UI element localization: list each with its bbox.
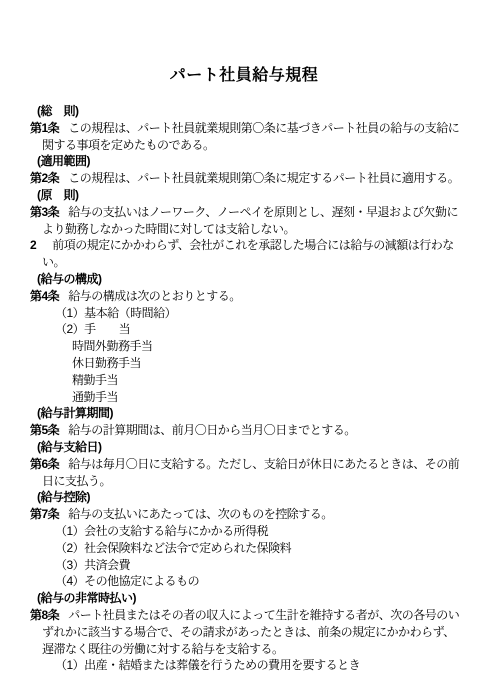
- article-clause: 第1条この規程は、パート社員就業規則第〇条に基づきパート社員の給与の支給に関する…: [30, 120, 464, 154]
- clause-text: この規程は、パート社員就業規則第〇条に規定するパート社員に適用する。: [68, 171, 459, 185]
- clause-text: この規程は、パート社員就業規則第〇条に基づきパート社員の給与の支給に関する事項を…: [42, 121, 459, 152]
- section-heading: (適用範囲): [30, 153, 464, 170]
- section-heading: (給与の構成): [30, 271, 464, 288]
- list-item: （1）会社の支給する給与にかかる所得税: [30, 523, 464, 540]
- article-clause: 第2条この規程は、パート社員就業規則第〇条に規定するパート社員に適用する。: [30, 170, 464, 187]
- section-heading: (給与の非常時払い): [30, 590, 464, 607]
- document-body: (総 則)第1条この規程は、パート社員就業規則第〇条に基づきパート社員の給与の支…: [30, 103, 464, 674]
- sub-list-item: 通勤手当: [30, 389, 464, 406]
- article-clause: 第7条給与の支払いにあたっては、次のものを控除する。: [30, 506, 464, 523]
- clause-label: 第2条: [30, 171, 59, 185]
- clause-label: 第5条: [30, 423, 59, 437]
- article-clause: 第3条給与の支払いはノーワーク、ノーペイを原則とし、遅刻・早退および欠勤により勤…: [30, 204, 464, 238]
- clause-text: 給与の支払いはノーワーク、ノーペイを原則とし、遅刻・早退および欠勤により勤務しな…: [42, 205, 458, 236]
- section-heading: (総 則): [30, 103, 464, 120]
- document-title: パート社員給与規程: [0, 0, 488, 86]
- clause-label: 第3条: [30, 205, 59, 219]
- section-heading: (給与支給日): [30, 439, 464, 456]
- list-item: （2）手 当: [30, 321, 464, 338]
- clause-label: 2: [30, 238, 36, 252]
- clause-label: 第6条: [30, 457, 59, 471]
- section-heading: (原 則): [30, 187, 464, 204]
- article-clause: 第4条給与の構成は次のとおりとする。: [30, 288, 464, 305]
- clause-label: 第4条: [30, 289, 59, 303]
- section-heading: (給与計算期間): [30, 405, 464, 422]
- list-item: （3）共済会費: [30, 557, 464, 574]
- clause-label: 第1条: [30, 121, 59, 135]
- article-clause: 第6条給与は毎月〇日に支給する。ただし、支給日が休日にあたるときは、その前日に支…: [30, 456, 464, 490]
- clause-text: 給与の計算期間は、前月〇日から当月〇日までとする。: [68, 423, 356, 437]
- article-clause: 第5条給与の計算期間は、前月〇日から当月〇日までとする。: [30, 422, 464, 439]
- document-page: パート社員給与規程 (総 則)第1条この規程は、パート社員就業規則第〇条に基づき…: [0, 0, 488, 696]
- list-item: （4）その他協定によるもの: [30, 573, 464, 590]
- clause-text: パート社員またはその者の収入によって生計を維持する者が、次の各号のいずれかに該当…: [42, 608, 459, 656]
- list-item: （1）基本給（時間給）: [30, 305, 464, 322]
- section-heading: (給与控除): [30, 489, 464, 506]
- article-clause: 第8条パート社員またはその者の収入によって生計を維持する者が、次の各号のいずれか…: [30, 607, 464, 657]
- sub-list-item: 休日勤務手当: [30, 355, 464, 372]
- article-paragraph: 2前項の規定にかかわらず、会社がこれを承認した場合には給与の減額は行わない。: [30, 237, 464, 271]
- clause-text: 前項の規定にかかわらず、会社がこれを承認した場合には給与の減額は行わない。: [42, 238, 454, 269]
- clause-text: 給与は毎月〇日に支給する。ただし、支給日が休日にあたるときは、その前日に支払う。: [42, 457, 459, 488]
- clause-label: 第7条: [30, 507, 59, 521]
- clause-text: 給与の支払いにあたっては、次のものを控除する。: [68, 507, 333, 521]
- clause-text: 給与の構成は次のとおりとする。: [68, 289, 241, 303]
- sub-list-item: 時間外勤務手当: [30, 338, 464, 355]
- clause-label: 第8条: [30, 608, 59, 622]
- sub-list-item: 精勤手当: [30, 372, 464, 389]
- list-item: （1）出産・結婚または葬儀を行うための費用を要するとき: [30, 657, 464, 674]
- list-item: （2）社会保険料など法令で定められた保険料: [30, 540, 464, 557]
